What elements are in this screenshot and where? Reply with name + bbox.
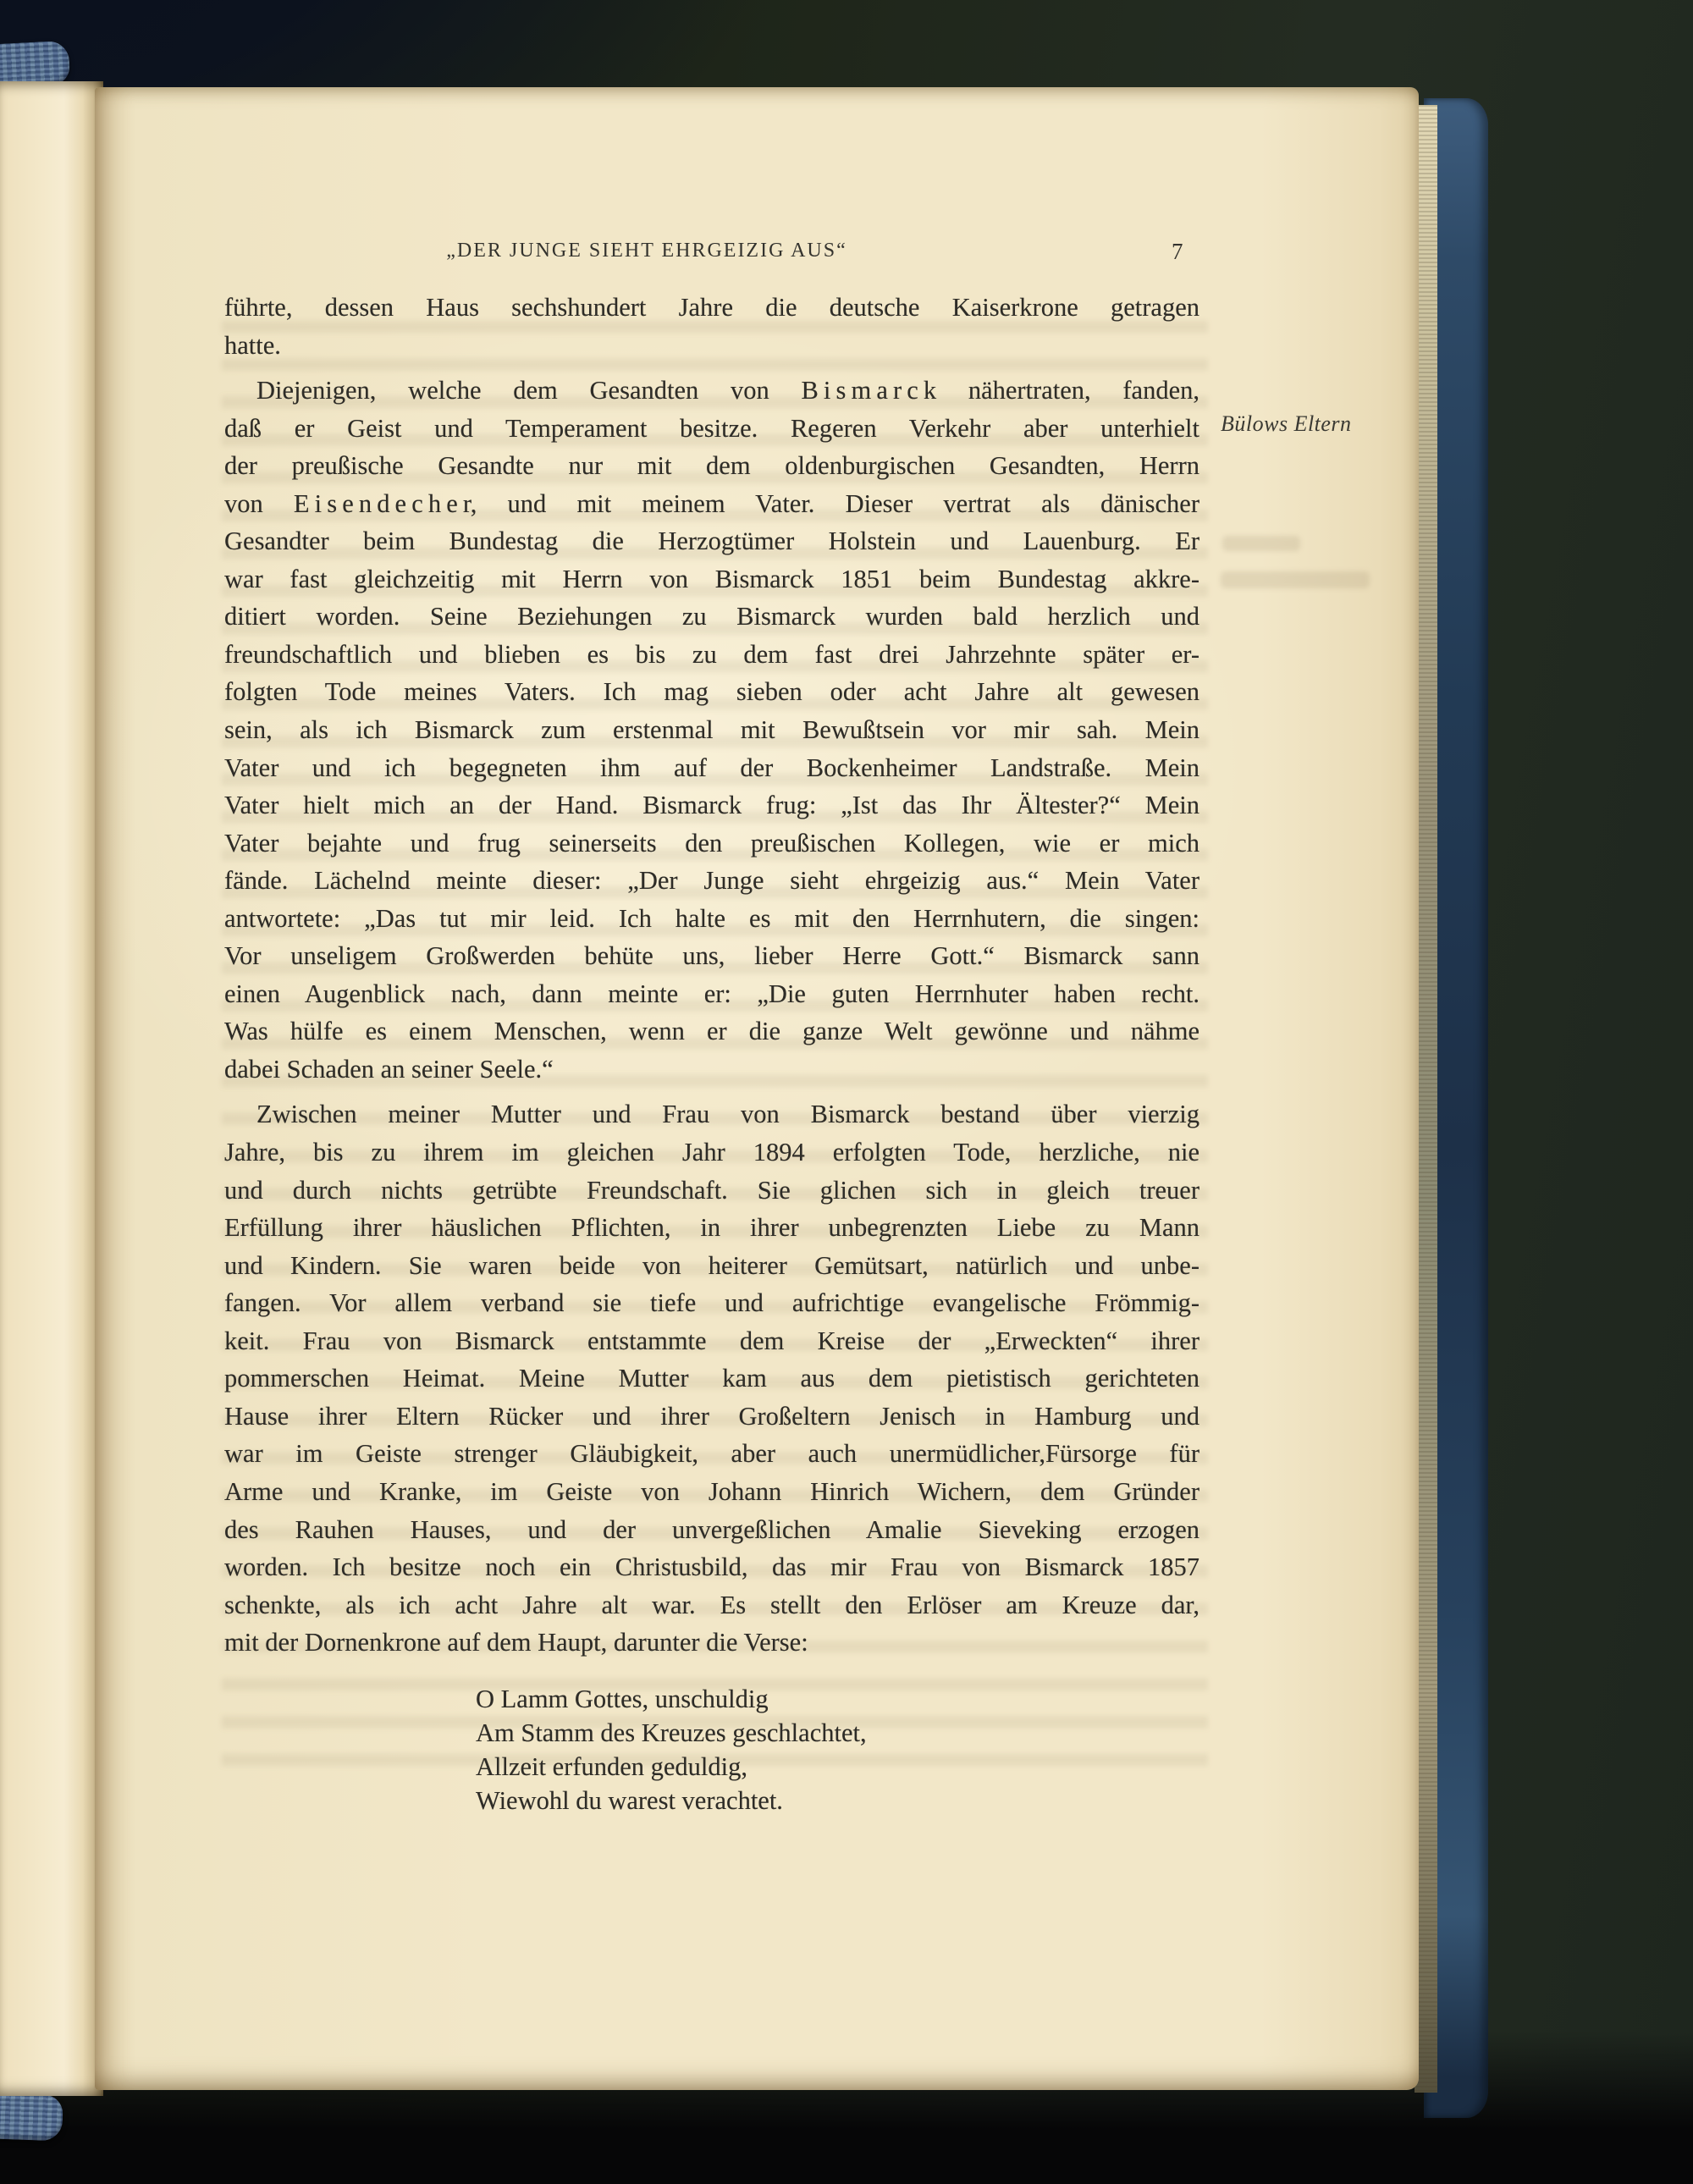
verse-line: Am Stamm des Kreuzes geschlachtet, — [476, 1716, 867, 1750]
text-line: Zwischen meiner Mutter und Frau von Bism… — [224, 1095, 1199, 1133]
text-line: Diejenigen, welche dem Gesandten von B i… — [224, 372, 1199, 410]
page-number: 7 — [1172, 239, 1183, 265]
text-line: pommerschen Heimat. Meine Mutter kam aus… — [224, 1359, 1199, 1398]
book-photo-scene: „DER JUNGE SIEHT EHRGEIZIG AUS“ 7 Bülows… — [0, 0, 1693, 2184]
text-line: keit. Frau von Bismarck entstammte dem K… — [224, 1322, 1199, 1360]
text-line: Was hülfe es einem Menschen, wenn er die… — [224, 1012, 1199, 1051]
margin-note: Bülows Eltern — [1221, 411, 1352, 437]
text-line: Jahre, bis zu ihrem im gleichen Jahr 189… — [224, 1133, 1199, 1172]
text-line: des Rauhen Hauses, und der unvergeßliche… — [224, 1511, 1199, 1549]
verse-line: Allzeit erfunden geduldig, — [476, 1750, 867, 1784]
text-line: freundschaftlich und blieben es bis zu d… — [224, 636, 1199, 674]
text-line: und durch nichts getrübte Freundschaft. … — [224, 1172, 1199, 1210]
text-line: von E i s e n d e c h e r, und mit meine… — [224, 485, 1199, 523]
text-line: antwortete: „Das tut mir leid. Ich halte… — [224, 900, 1199, 938]
text-line: schenkte, als ich acht Jahre alt war. Es… — [224, 1586, 1199, 1624]
text-line: der preußische Gesandte nur mit dem olde… — [224, 447, 1199, 485]
text-line: fände. Lächelnd meinte dieser: „Der Jung… — [224, 862, 1199, 900]
text-line: fangen. Vor allem verband sie tiefe und … — [224, 1284, 1199, 1322]
text-line: Erfüllung ihrer häuslichen Pflichten, in… — [224, 1209, 1199, 1247]
running-header-title: „DER JUNGE SIEHT EHRGEIZIG AUS“ — [446, 240, 847, 262]
verse-line: O Lamm Gottes, unschuldig — [476, 1682, 867, 1716]
text-line: daß er Geist und Temperament besitze. Re… — [224, 410, 1199, 448]
book-page: „DER JUNGE SIEHT EHRGEIZIG AUS“ 7 Bülows… — [95, 87, 1419, 2090]
bleed-through-margin-smudge — [1221, 571, 1370, 588]
text-line: Hause ihrer Eltern Rücker und ihrer Groß… — [224, 1398, 1199, 1436]
verse-line: Wiewohl du warest verachtet. — [476, 1784, 867, 1817]
text-line: einen Augenblick nach, dann meinte er: „… — [224, 975, 1199, 1013]
text-line: Vor unseligem Großwerden behüte uns, lie… — [224, 937, 1199, 975]
text-line: Arme und Kranke, im Geiste von Johann Hi… — [224, 1473, 1199, 1511]
body-text: führte, dessen Haus sechshundert Jahre d… — [224, 289, 1199, 1662]
text-line: hatte. — [224, 327, 1199, 365]
text-line: Vater und ich begegneten ihm auf der Boc… — [224, 749, 1199, 787]
text-line: ditiert worden. Seine Beziehungen zu Bis… — [224, 598, 1199, 636]
spine-tailband-cloth — [0, 2093, 63, 2142]
facing-page-gutter — [0, 81, 103, 2096]
text-line: Vater hielt mich an der Hand. Bismarck f… — [224, 786, 1199, 825]
text-line: mit der Dornenkrone auf dem Haupt, darun… — [224, 1624, 1199, 1662]
text-line: folgten Tode meines Vaters. Ich mag sieb… — [224, 673, 1199, 711]
text-line: Gesandter beim Bundestag die Herzogtümer… — [224, 522, 1199, 560]
text-line: Vater bejahte und frug seinerseits den p… — [224, 825, 1199, 863]
text-line: dabei Schaden an seiner Seele.“ — [224, 1051, 1199, 1089]
text-line: war fast gleichzeitig mit Herrn von Bism… — [224, 560, 1199, 598]
text-line: führte, dessen Haus sechshundert Jahre d… — [224, 289, 1199, 327]
bleed-through-margin-smudge — [1222, 536, 1300, 551]
text-line: sein, als ich Bismarck zum erstenmal mit… — [224, 711, 1199, 749]
text-line: war im Geiste strenger Gläubigkeit, aber… — [224, 1435, 1199, 1473]
verse-block: O Lamm Gottes, unschuldigAm Stamm des Kr… — [476, 1682, 867, 1817]
text-line: und Kindern. Sie waren beide von heitere… — [224, 1247, 1199, 1285]
text-line: worden. Ich besitze noch ein Christusbil… — [224, 1548, 1199, 1586]
